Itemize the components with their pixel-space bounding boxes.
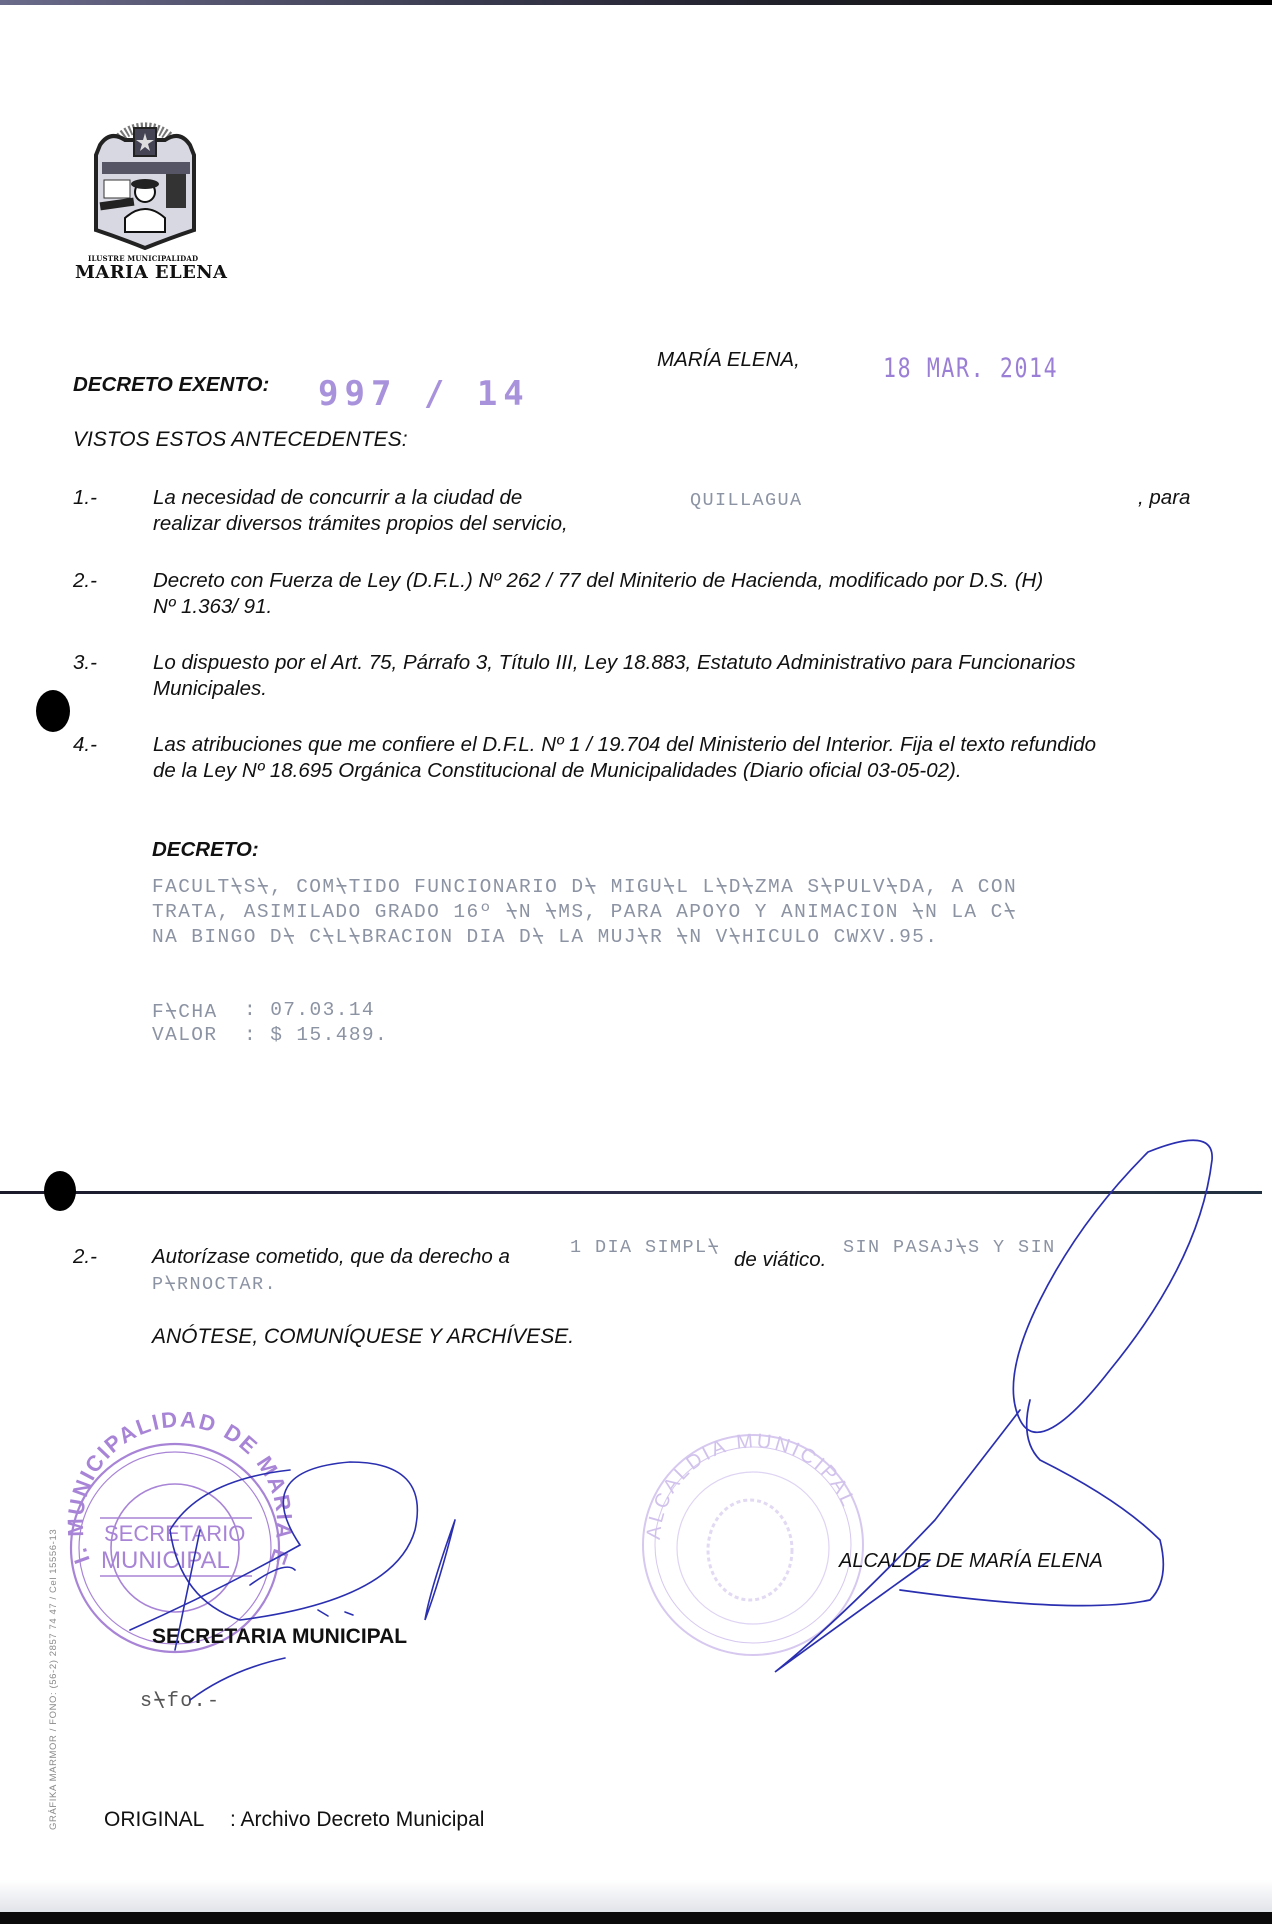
municipal-logo: ILUSTRE MUNICIPALIDAD MARIA ELENA — [70, 100, 220, 280]
printer-imprint: GRÁFIKA MARMOR / FONO: (56-2) 2857 74 47… — [48, 1529, 59, 1830]
scan-top-edge — [0, 0, 1272, 5]
decreto-heading: DECRETO: — [152, 838, 259, 862]
city-typed-value: QUILLAGUA — [690, 490, 803, 511]
item-text-line1-end: , para — [1138, 486, 1190, 510]
secretary-signature — [130, 1462, 455, 1700]
mayor-stamp-seal: ALCALDIA MUNICIPAL — [643, 1430, 863, 1655]
valor-label: VALOR — [152, 1024, 218, 1046]
item-text-line2: de la Ley Nº 18.695 Orgánica Constitucio… — [153, 759, 962, 783]
vistos-heading: VISTOS ESTOS ANTECEDENTES: — [73, 428, 408, 452]
distribution-value: : Archivo Decreto Municipal — [230, 1808, 484, 1832]
item-text-line1: La necesidad de concurrir a la ciudad de — [153, 486, 522, 510]
date-stamp: 18 MAR. 2014 — [883, 353, 1058, 384]
item-text-line1: Lo dispuesto por el Art. 75, Párrafo 3, … — [153, 651, 1076, 675]
punch-hole — [36, 690, 70, 732]
item-number: 1.- — [73, 486, 97, 510]
fecha-label: F⍀CHA — [152, 999, 218, 1023]
item-number: 3.- — [73, 651, 97, 675]
initials-typed: s⍀fo.- — [140, 1687, 220, 1713]
secretary-title: SECRETARIA MUNICIPAL — [152, 1625, 407, 1649]
mayor-title: ALCALDE DE MARÍA ELENA — [839, 1550, 1103, 1573]
item-text-line2: Municipales. — [153, 677, 267, 701]
punch-hole — [44, 1171, 76, 1211]
item-text-line1: Decreto con Fuerza de Ley (D.F.L.) Nº 26… — [153, 569, 1043, 593]
item-number: 2.- — [73, 1245, 97, 1269]
item-text-line2: Nº 1.363/ 91. — [153, 595, 272, 619]
viatico-amount-typed: 1 DIA SIMPL⍀ — [570, 1236, 720, 1258]
item-number: 2.- — [73, 569, 97, 593]
distribution-label: ORIGINAL — [104, 1808, 204, 1832]
valor-value: : $ 15.489. — [244, 1024, 388, 1046]
decreto-typed-line-1: FACULT⍀S⍀, COM⍀TIDO FUNCIONARIO D⍀ MIGU⍀… — [152, 874, 1017, 898]
secretary-stamp-center-1: SECRETARIO — [104, 1521, 245, 1546]
decree-exento-label: DECRETO EXENTO: — [73, 373, 269, 397]
condition-typed-2: P⍀RNOCTAR. — [152, 1273, 277, 1295]
horizontal-rule — [0, 1191, 1262, 1194]
mayor-signature — [775, 1140, 1212, 1672]
scan-bottom-edge — [0, 1912, 1272, 1924]
item-number: 4.- — [73, 733, 97, 757]
fecha-value: : 07.03.14 — [244, 999, 375, 1021]
scan-bottom-shadow — [0, 1880, 1272, 1912]
municipal-coat-of-arms-icon — [70, 100, 220, 250]
decreto-typed-line-2: TRATA, ASIMILADO GRADO 16º ⍀N ⍀MS, PARA … — [152, 899, 1017, 923]
mayor-stamp-ring-text: ALCALDIA MUNICIPAL — [643, 1430, 860, 1541]
item-text-line1: Las atribuciones que me confiere el D.F.… — [153, 733, 1096, 757]
svg-text:ALCALDIA MUNICIPAL: ALCALDIA MUNICIPAL — [643, 1430, 860, 1541]
decree-number-stamp: 997 / 14 — [318, 374, 530, 414]
place-label: MARÍA ELENA, — [657, 348, 800, 372]
authorization-text-after: de viático. — [734, 1248, 826, 1272]
secretary-stamp-center-2: MUNICIPAL — [101, 1547, 230, 1574]
logo-name: MARIA ELENA — [75, 262, 227, 283]
decreto-typed-line-3: NA BINGO D⍀ C⍀L⍀BRACION DIA D⍀ LA MUJ⍀R … — [152, 924, 938, 948]
condition-typed-1: SIN PASAJ⍀S Y SIN — [843, 1236, 1056, 1258]
item-text-line2: realizar diversos trámites propios del s… — [153, 512, 568, 536]
authorization-text: Autorízase cometido, que da derecho a — [152, 1245, 510, 1269]
closing-formula: ANÓTESE, COMUNÍQUESE Y ARCHÍVESE. — [152, 1325, 574, 1349]
